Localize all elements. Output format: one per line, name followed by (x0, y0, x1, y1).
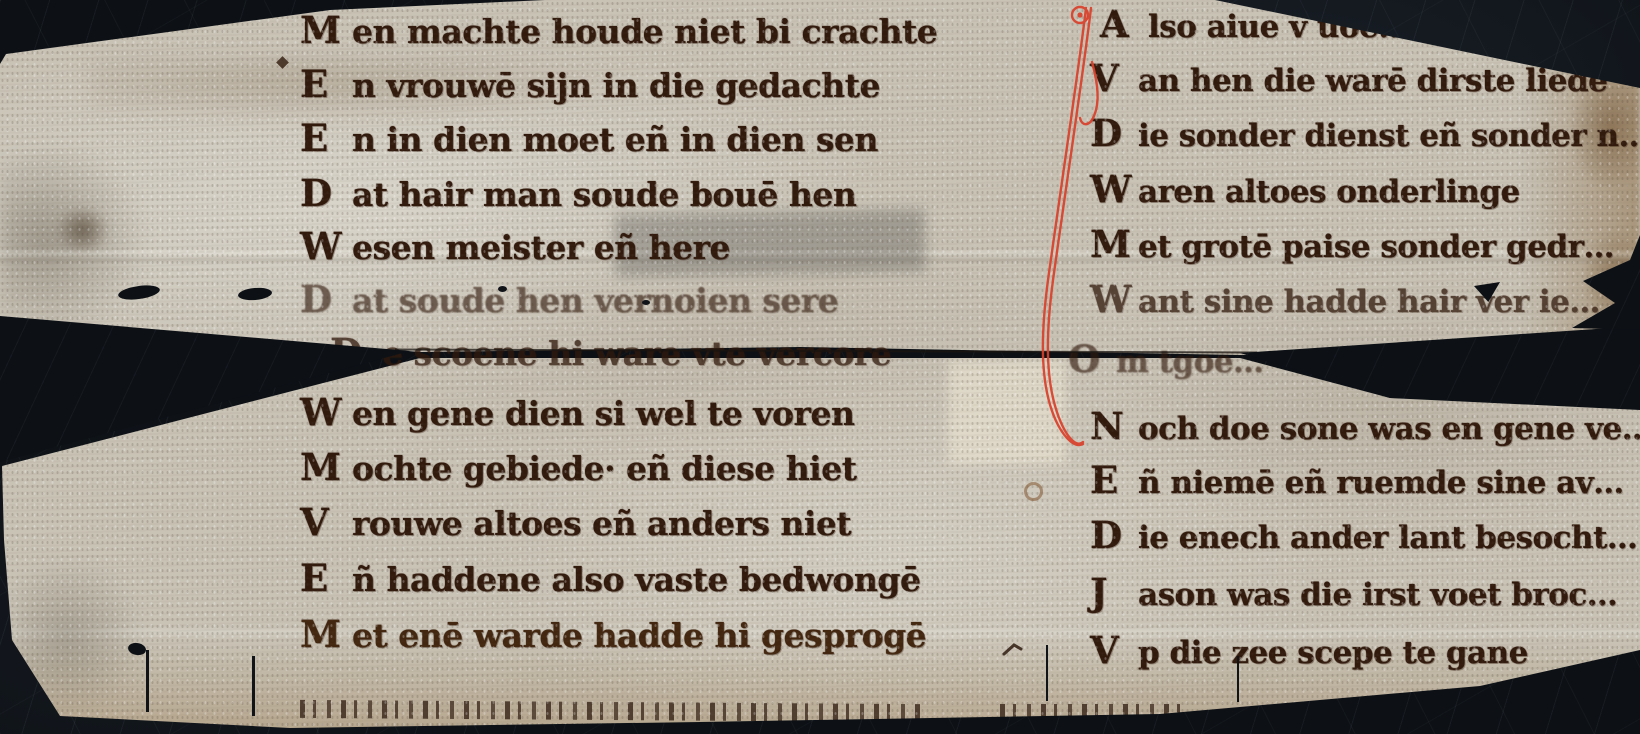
versal-initial: D (1090, 513, 1138, 557)
margin-ring-mark (1024, 482, 1043, 501)
verse-line: Eñ niemē eñ ruemde sine av… (1090, 458, 1624, 502)
verse-text: n vrouwē sijn in die gedachte (352, 66, 880, 105)
verse-line: Eñ haddene also vaste bedwongē (300, 556, 920, 600)
verse-line: Om tgoe… (1068, 337, 1264, 381)
verse-line: En vrouwē sijn in die gedachte (300, 62, 880, 106)
verse-text: ñ haddene also vaste bedwongē (352, 560, 920, 599)
verse-line: Mochte gebiede· eñ diese hiet (300, 445, 856, 489)
versal-initial: W (1090, 277, 1138, 321)
verse-text: en gene dien si wel te voren (352, 394, 854, 433)
versal-initial: O (1068, 337, 1116, 381)
verse-line: Jason was die irst voet broc… (1090, 570, 1617, 614)
verse-line: Men machte houde niet bi crachte (300, 8, 937, 52)
verse-line: Wen gene dien si wel te voren (300, 390, 854, 434)
versal-initial: V (300, 500, 352, 544)
verse-line: Want sine hadde hair ver ie… (1090, 277, 1600, 321)
verse-text: ie sonder dienst eñ sonder n… (1138, 118, 1640, 154)
verse-line: Dat soude hen vernoien sere (300, 277, 838, 321)
stain-bottom-left-grey (15, 555, 145, 720)
versal-initial: W (300, 224, 352, 268)
verse-text: ñ niemē eñ ruemde sine av… (1138, 465, 1624, 501)
verse-text: et enē warde hadde hi gesprogē (352, 616, 926, 655)
verse-line: Waren altoes onderlinge (1090, 167, 1520, 211)
versal-initial: E (300, 556, 352, 600)
verse-text: an hen die warē dirste liede (1138, 63, 1607, 99)
verse-text: esen meister eñ here (352, 228, 730, 267)
versal-initial: D (300, 171, 352, 215)
cut-off-line-bottom-right (1000, 704, 1190, 722)
verse-line: Wesen meister eñ here (300, 224, 730, 268)
verse-text: e scoene hi ware vte vercore (382, 334, 891, 373)
versal-initial: V (1090, 628, 1138, 672)
versal-initial: M (300, 612, 352, 656)
verse-text: at soude hen vernoien sere (352, 281, 838, 320)
stain-left-spot (55, 205, 110, 255)
parchment-slit (1046, 645, 1048, 701)
ink-speck (498, 286, 507, 292)
verse-line: En in dien moet eñ in dien sen (300, 116, 878, 160)
verse-text: lso aiue v uoe… (1148, 9, 1409, 45)
versal-initial: D (300, 277, 352, 321)
versal-initial: E (300, 116, 352, 160)
verse-text: n in dien moet eñ in dien sen (352, 120, 878, 159)
verse-line: Also aiue v uoe… (1100, 2, 1409, 46)
verse-line: Noch doe sone was en gene ve… (1090, 404, 1640, 448)
parchment-slit (252, 656, 255, 716)
verse-text: p die zee scepe te gane (1138, 635, 1528, 671)
manuscript-photo: Men machte houde niet bi crachte En vrou… (0, 0, 1640, 734)
verse-line: Vp die zee scepe te gane (1090, 628, 1528, 672)
verse-text: och doe sone was en gene ve… (1138, 411, 1640, 447)
verse-text: m tgoe… (1116, 344, 1264, 380)
versal-initial: N (1090, 404, 1138, 448)
verse-line: Die enech ander lant besocht… (1090, 513, 1637, 557)
light-patch (948, 360, 1066, 464)
versal-initial: M (300, 8, 352, 52)
verse-line: Dat hair man soude bouē hen (300, 171, 856, 215)
verse-line: Met grotē paise sonder gedr… (1090, 222, 1614, 266)
verse-line: De scoene hi ware vte vercore (330, 330, 891, 374)
verse-text: ochte gebiede· eñ diese hiet (352, 449, 856, 488)
verse-text: ant sine hadde hair ver ie… (1138, 284, 1600, 320)
verse-text: ie enech ander lant besocht… (1138, 520, 1637, 556)
verse-line: Die sonder dienst eñ sonder n… (1090, 111, 1640, 155)
versal-initial: A (1100, 2, 1148, 46)
verse-text: ason was die irst voet broc… (1138, 577, 1617, 613)
versal-initial: D (1090, 111, 1138, 155)
versal-initial: J (1090, 570, 1138, 614)
versal-initial: W (1090, 167, 1138, 211)
versal-initial: W (300, 390, 352, 434)
versal-initial: M (1090, 222, 1138, 266)
versal-initial: M (300, 445, 352, 489)
stain-left-margin-grey (0, 140, 150, 340)
verse-line: Van hen die warē dirste liede (1090, 56, 1607, 100)
verse-text: et grotē paise sonder gedr… (1138, 229, 1614, 265)
verse-text: rouwe altoes eñ anders niet (352, 504, 851, 543)
ink-speck (642, 300, 650, 305)
parchment-slit (146, 650, 149, 712)
verse-text: aren altoes onderlinge (1138, 174, 1520, 210)
cut-off-line-bottom-left (300, 700, 920, 722)
verse-text: en machte houde niet bi crachte (352, 12, 937, 51)
versal-initial: E (1090, 458, 1138, 502)
verse-line: Met enē warde hadde hi gesprogē (300, 612, 926, 656)
parchment-slit (1237, 656, 1239, 702)
verse-text: at hair man soude bouē hen (352, 175, 856, 214)
versal-initial: V (1090, 56, 1138, 100)
versal-initial: E (300, 62, 352, 106)
verse-line: Vrouwe altoes eñ anders niet (300, 500, 851, 544)
